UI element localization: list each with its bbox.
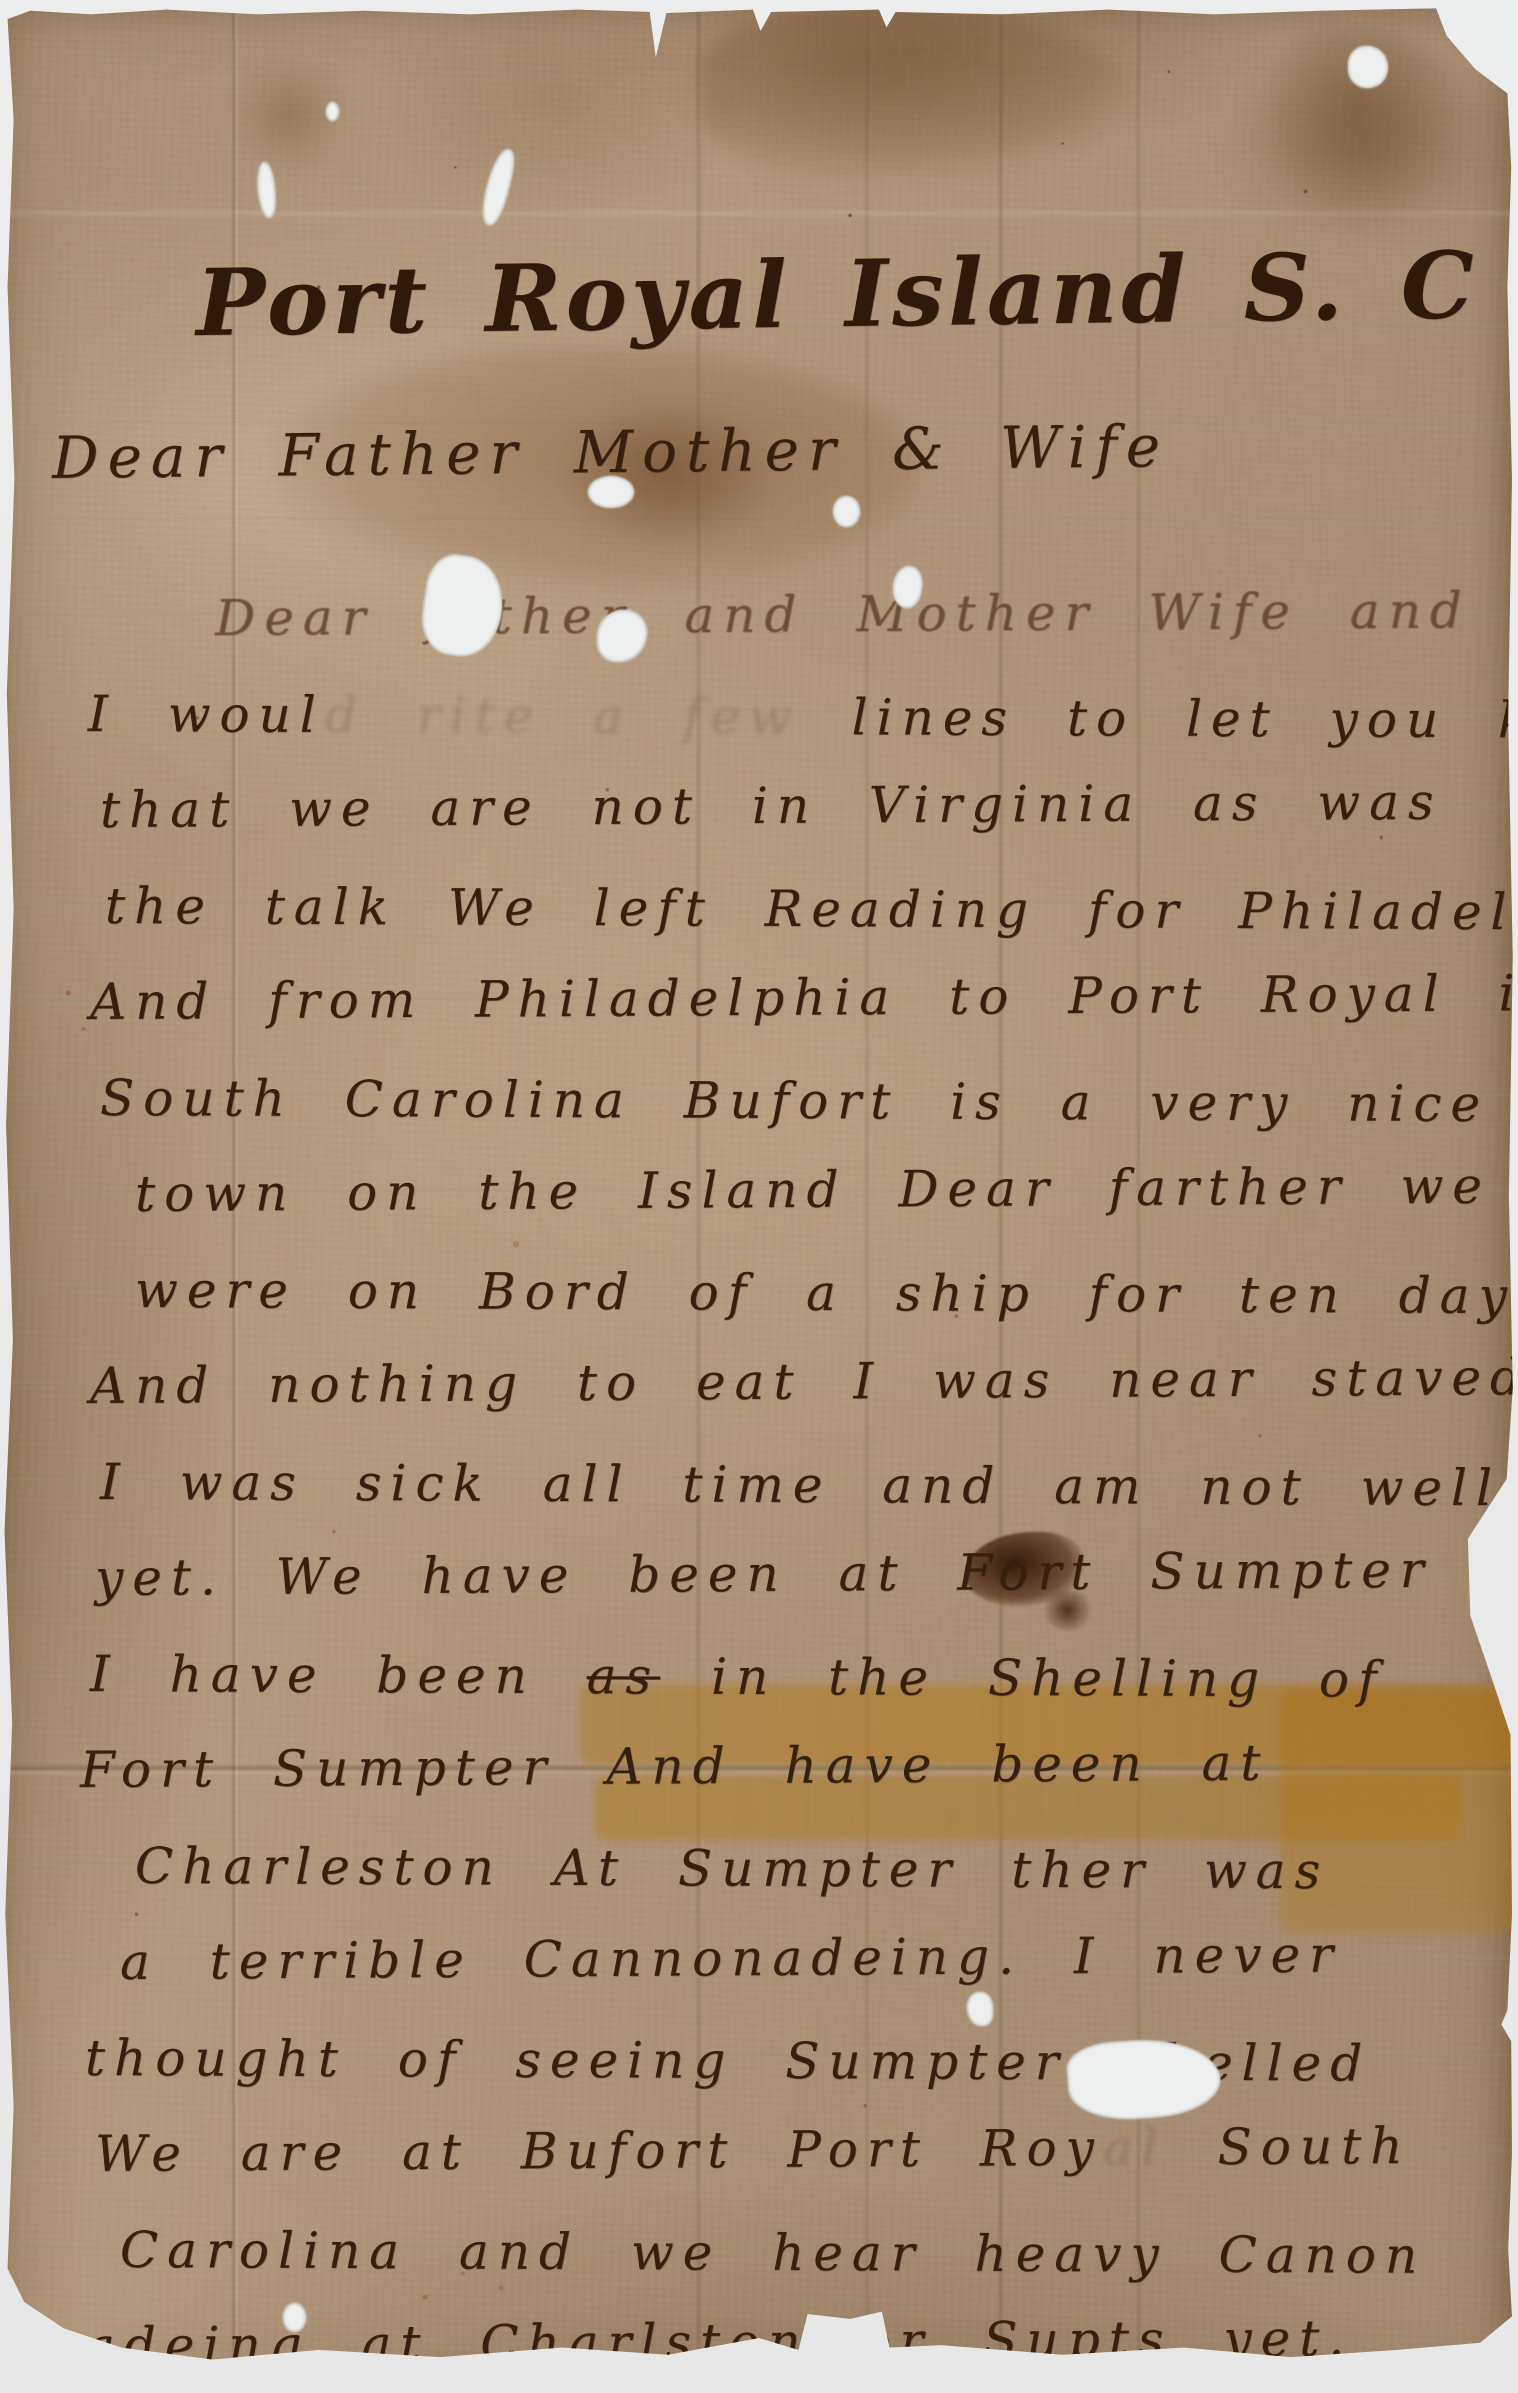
letter-line: South Carolina Bufort is a very nice <box>100 1050 1518 1152</box>
paper-hole <box>588 476 634 508</box>
letter-line: I would rite a few lines to let you know <box>88 666 1518 768</box>
letter-dateline: Port Royal Island S. C 2nd/4/63 <box>195 227 1518 357</box>
scanned-letter-page: Port Royal Island S. C 2nd/4/63 Dear Fat… <box>0 0 1518 2393</box>
letter-paper: Port Royal Island S. C 2nd/4/63 Dear Fat… <box>0 0 1518 2393</box>
letter-line: I was sick all time and am not well <box>100 1434 1518 1536</box>
letter-line: that we are not in Virginia as was <box>100 753 1518 858</box>
letter-line: Dear father and Mother Wife and all <box>215 562 1518 666</box>
letter-line: Carolina and we hear heavy Canon <box>120 2202 1518 2304</box>
paper-hole <box>967 1992 993 2026</box>
letter-line: And from Philadelphia to Port Royal in <box>90 945 1518 1050</box>
letter-line: town on the Island Dear farther we <box>135 1138 1518 1242</box>
letter-body: Dear father and Mother Wife and allI wou… <box>58 570 1518 2393</box>
paper-hole <box>283 2303 306 2332</box>
dateline-place: Port Royal Island S. C <box>195 231 1478 357</box>
letter-line: thought of seeing Sumpter Shelled <box>85 2010 1518 2112</box>
letter-line: We are at Bufort Port Royal South <box>95 2097 1518 2202</box>
letter-line: Charleston At Sumpter ther was <box>135 1818 1518 1920</box>
letter-line: Fort Sumpter And have been at <box>80 1713 1518 1818</box>
letter-line: I have been as in the Shelling of <box>90 1626 1518 1728</box>
letter-line: a terrible Cannonadeing. I never <box>120 1905 1518 2010</box>
paper-hole <box>833 496 860 527</box>
letter-line: And nothing to eat I was near staved <box>90 1329 1518 1434</box>
letter-line: yet. We have been at Fort Sumpter <box>95 1521 1518 1626</box>
paper-hole <box>326 102 339 121</box>
letter-line: were on Bord of a ship for ten days <box>135 1242 1518 1344</box>
letter-line: the talk We left Reading for Philadelpia <box>105 858 1518 960</box>
paper-hole <box>1348 46 1388 88</box>
